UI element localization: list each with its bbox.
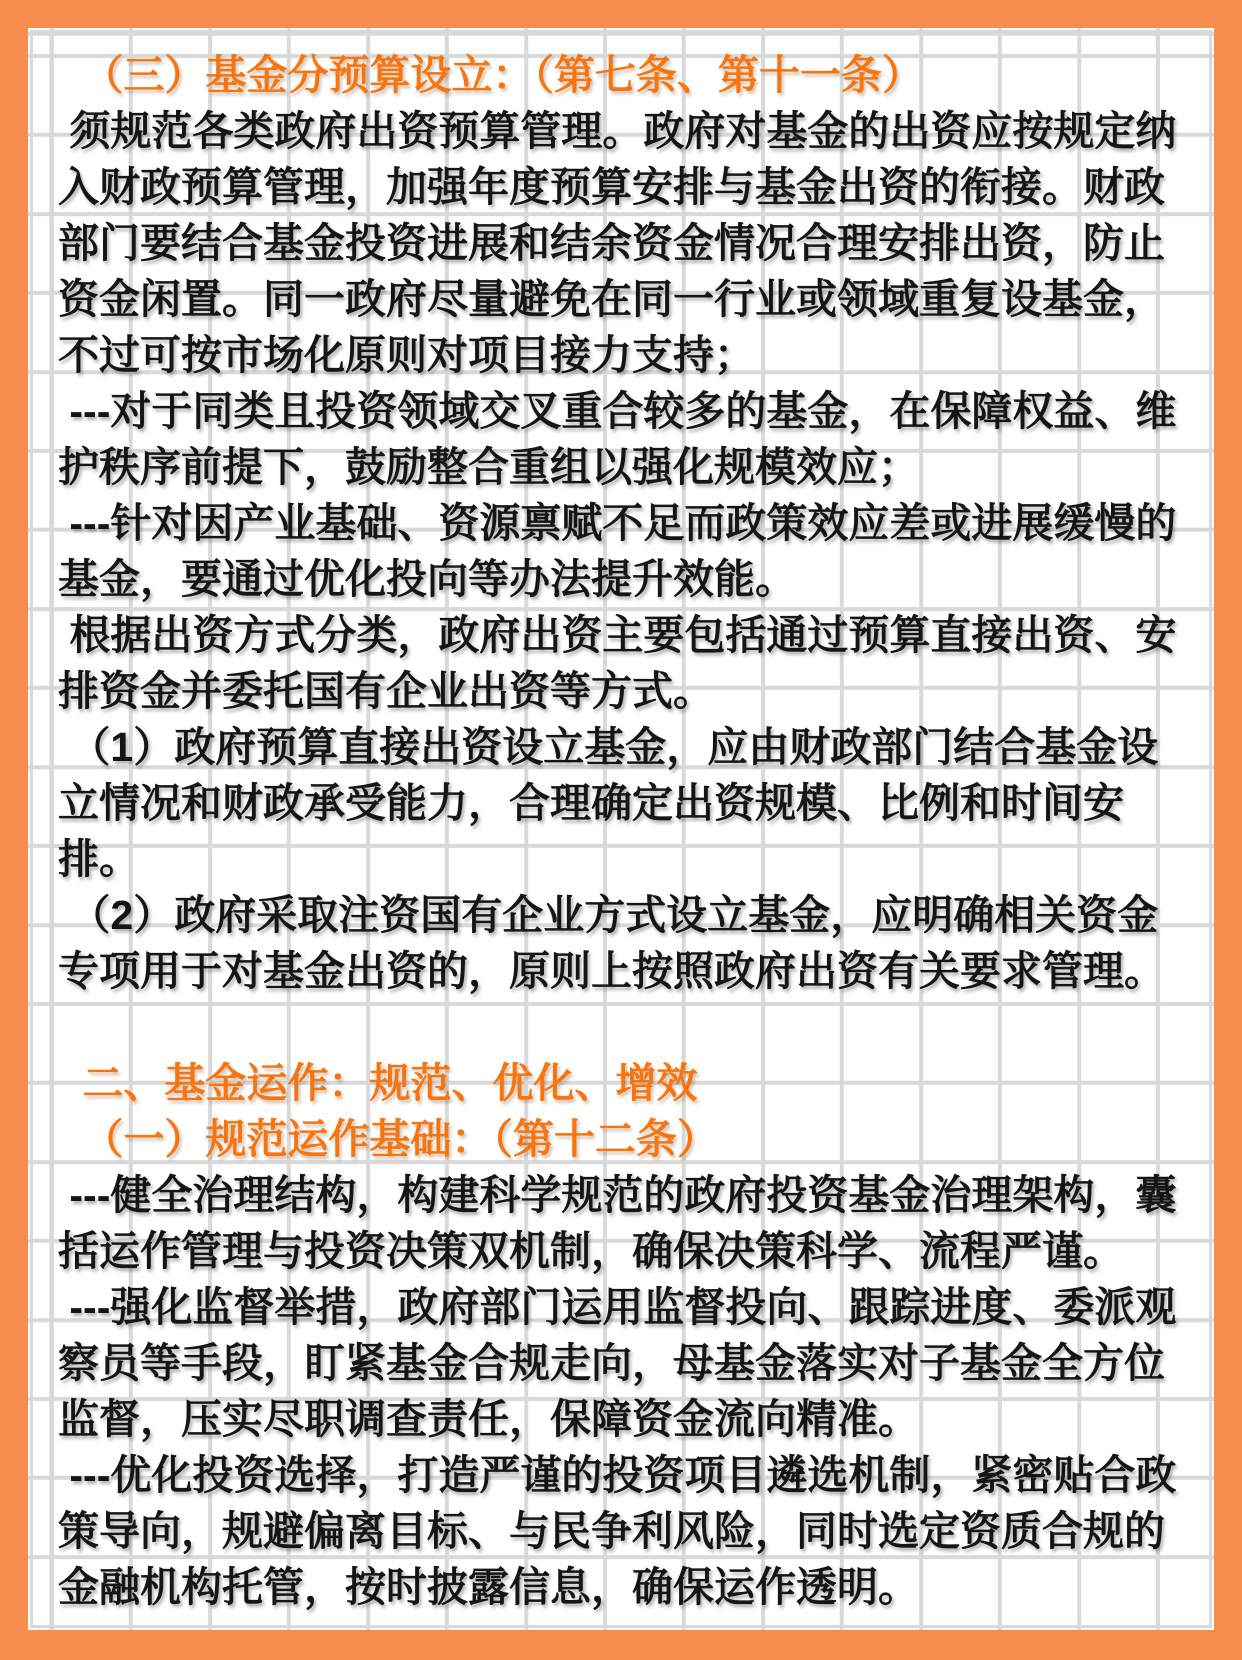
text-line: 入财政预算管理，加强年度预算安排与基金出资的衔接。财政 bbox=[58, 159, 1208, 215]
text-line: 金融机构托管，按时披露信息，确保运作透明。 bbox=[58, 1559, 1208, 1615]
text-line: 专项用于对基金出资的，原则上按照政府出资有关要求管理。 bbox=[58, 943, 1208, 999]
section-heading: （三）基金分预算设立：（第七条、第十一条） bbox=[58, 47, 1208, 103]
text-line: （1）政府预算直接出资设立基金，应由财政部门结合基金设 bbox=[58, 719, 1208, 775]
poster-page: （三）基金分预算设立：（第七条、第十一条） 须规范各类政府出资预算管理。政府对基… bbox=[0, 0, 1242, 1660]
text-line: 立情况和财政承受能力，合理确定出资规模、比例和时间安 bbox=[58, 775, 1208, 831]
text-line: 须规范各类政府出资预算管理。政府对基金的出资应按规定纳 bbox=[58, 103, 1208, 159]
text-line: ---针对因产业基础、资源禀赋不足而政策效应差或进展缓慢的 bbox=[58, 495, 1208, 551]
text-line: 监督，压实尽职调查责任，保障资金流向精准。 bbox=[58, 1391, 1208, 1447]
text-line: 排资金并委托国有企业出资等方式。 bbox=[58, 663, 1208, 719]
text-line: 不过可按市场化原则对项目接力支持； bbox=[58, 327, 1208, 383]
text-line: 基金，要通过优化投向等办法提升效能。 bbox=[58, 551, 1208, 607]
section-heading: 二、基金运作：规范、优化、增效 bbox=[58, 1055, 1208, 1111]
text-line: ---强化监督举措，政府部门运用监督投向、跟踪进度、委派观 bbox=[58, 1279, 1208, 1335]
grid-paper: （三）基金分预算设立：（第七条、第十一条） 须规范各类政府出资预算管理。政府对基… bbox=[28, 28, 1214, 1630]
text-line: 察员等手段，盯紧基金合规走向，母基金落实对子基金全方位 bbox=[58, 1335, 1208, 1391]
text-line: ---优化投资选择，打造严谨的投资项目遴选机制，紧密贴合政 bbox=[58, 1447, 1208, 1503]
text-line: （2）政府采取注资国有企业方式设立基金，应明确相关资金 bbox=[58, 887, 1208, 943]
text-line: 根据出资方式分类，政府出资主要包括通过预算直接出资、安 bbox=[58, 607, 1208, 663]
text-line: ---对于同类且投资领域交叉重合较多的基金，在保障权益、维 bbox=[58, 383, 1208, 439]
text-line: 资金闲置。同一政府尽量避免在同一行业或领域重复设基金， bbox=[58, 271, 1208, 327]
text-content: （三）基金分预算设立：（第七条、第十一条） 须规范各类政府出资预算管理。政府对基… bbox=[58, 47, 1208, 1615]
spacer-line bbox=[58, 999, 1208, 1055]
text-line: 排。 bbox=[58, 831, 1208, 887]
text-line: 括运作管理与投资决策双机制，确保决策科学、流程严谨。 bbox=[58, 1223, 1208, 1279]
text-line: 护秩序前提下，鼓励整合重组以强化规模效应； bbox=[58, 439, 1208, 495]
text-line: ---健全治理结构，构建科学规范的政府投资基金治理架构，囊 bbox=[58, 1167, 1208, 1223]
text-line: 策导向，规避偏离目标、与民争利风险，同时选定资质合规的 bbox=[58, 1503, 1208, 1559]
text-line: 部门要结合基金投资进展和结余资金情况合理安排出资，防止 bbox=[58, 215, 1208, 271]
section-heading: （一）规范运作基础：（第十二条） bbox=[58, 1111, 1208, 1167]
